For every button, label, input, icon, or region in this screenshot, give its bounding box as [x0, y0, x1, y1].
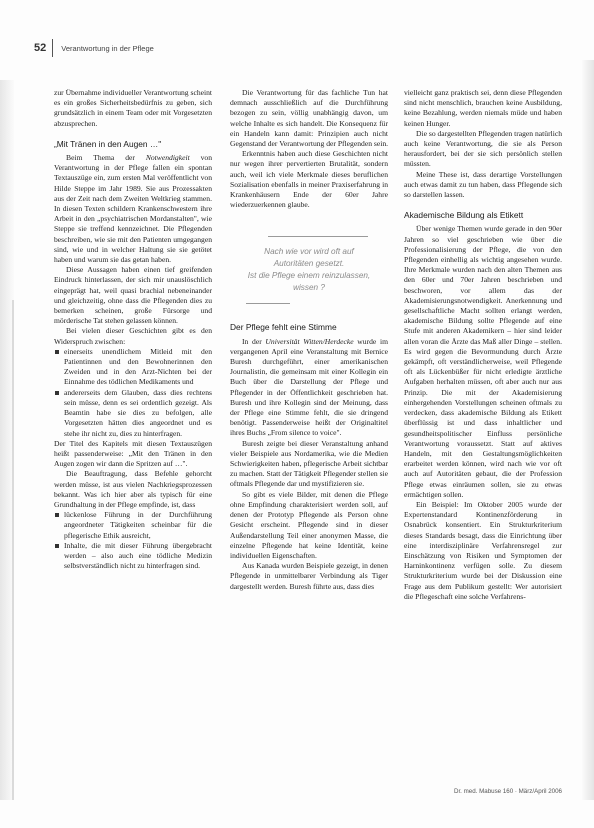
emphasis: Universität Witten/Herdecke — [265, 337, 353, 346]
page-edge-shadow — [582, 60, 594, 800]
list-item: lückenlose Führung in der Durchführung a… — [54, 510, 212, 541]
paragraph: Meine These ist, dass derartige Vorstell… — [404, 170, 562, 201]
list-item: andererseits dem Glauben, dass dies rech… — [54, 388, 212, 439]
bullet-icon — [55, 544, 59, 548]
paragraph: Erkenntnis haben auch diese Geschichten … — [230, 149, 388, 210]
paragraph: Beim Thema der Notwendigkeit von Verantw… — [54, 153, 212, 265]
text-run: Beim Thema der — [66, 153, 146, 162]
bullet-list: einerseits unendlichem Mitleid mit den P… — [54, 347, 212, 439]
pull-quote-rule-bottom — [246, 303, 290, 304]
paragraph: vielleicht ganz praktisch sei, denn dies… — [404, 88, 562, 129]
bullet-list: lückenlose Führung in der Durchführung a… — [54, 510, 212, 571]
paragraph: Diese Aussagen haben einen tief greifend… — [54, 265, 212, 326]
section-heading: Der Pflege fehlt eine Stimme — [230, 322, 388, 332]
text-run: wurde im vergangenen April eine Veransta… — [230, 337, 388, 438]
list-item-text: andererseits dem Glauben, dass dies rech… — [64, 388, 212, 438]
paragraph: So gibt es viele Bilder, mit denen die P… — [230, 490, 388, 561]
paragraph: Die Verantwortung für das fachliche Tun … — [230, 88, 388, 149]
paragraph: Buresh zeigte bei dieser Veranstaltung a… — [230, 439, 388, 490]
pull-quote-line: Nach wie vor wird oft auf — [236, 246, 382, 258]
bullet-icon — [55, 513, 59, 517]
text-column-1: zur Übernahme individueller Verantwortun… — [54, 88, 212, 571]
paragraph: Bei vielen dieser Geschichten gibt es de… — [54, 326, 212, 346]
paragraph: Ein Beispiel: Im Oktober 2005 wurde der … — [404, 500, 562, 602]
running-head: Verantwortung in der Pflege — [61, 44, 154, 53]
document-page: 52 Verantwortung in der Pflege zur Übern… — [0, 0, 594, 828]
header-divider — [52, 39, 53, 57]
paragraph: In der Universität Witten/Herdecke wurde… — [230, 337, 388, 439]
list-item-text: Inhalte, die mit dieser Führung übergebr… — [64, 541, 212, 570]
emphasis: Notwendigkeit — [146, 153, 190, 162]
page-number: 52 — [34, 42, 46, 54]
pull-quote-line: wissen ? — [236, 282, 382, 294]
text-column-2: Die Verantwortung für das fachliche Tun … — [230, 88, 388, 592]
text-column-3: vielleicht ganz praktisch sei, denn dies… — [404, 88, 562, 602]
paragraph: Aus Kanada wurden Beispiele gezeigt, in … — [230, 561, 388, 592]
paragraph: Über wenige Themen wurde gerade in den 9… — [404, 224, 562, 499]
list-item-text: einerseits unendlichem Mitleid mit den P… — [64, 347, 212, 387]
page-header: 52 Verantwortung in der Pflege — [34, 40, 154, 56]
pull-quote-line: Autoritäten gesetzt. — [236, 258, 382, 270]
section-heading: „Mit Tränen in den Augen …" — [54, 139, 212, 149]
page-footer-citation: Dr. med. Mabuse 160 · März/April 2006 — [454, 788, 562, 795]
pull-quote: Nach wie vor wird oft auf Autoritäten ge… — [236, 236, 382, 304]
paragraph: Der Titel des Kapitels mit diesen Textau… — [54, 439, 212, 470]
list-item: einerseits unendlichem Mitleid mit den P… — [54, 347, 212, 388]
pull-quote-line: Ist die Pflege einem reinzulassen, — [236, 270, 382, 282]
bullet-icon — [55, 350, 59, 354]
list-item: Inhalte, die mit dieser Führung übergebr… — [54, 541, 212, 572]
section-heading: Akademische Bildung als Etikett — [404, 210, 562, 220]
text-run: von Verantwortung in der Pflege fallen e… — [54, 153, 212, 264]
paragraph: zur Übernahme individueller Verantwortun… — [54, 88, 212, 129]
page-binding-edge — [12, 300, 14, 800]
list-item-text: lückenlose Führung in der Durchführung a… — [64, 510, 212, 539]
text-run: In der — [242, 337, 265, 346]
bullet-icon — [55, 391, 59, 395]
paragraph: Die so dargestellten Pflegenden tragen n… — [404, 129, 562, 170]
pull-quote-rule-top — [268, 236, 368, 237]
paragraph: Die Beauftragung, dass Befehle gehorcht … — [54, 469, 212, 510]
